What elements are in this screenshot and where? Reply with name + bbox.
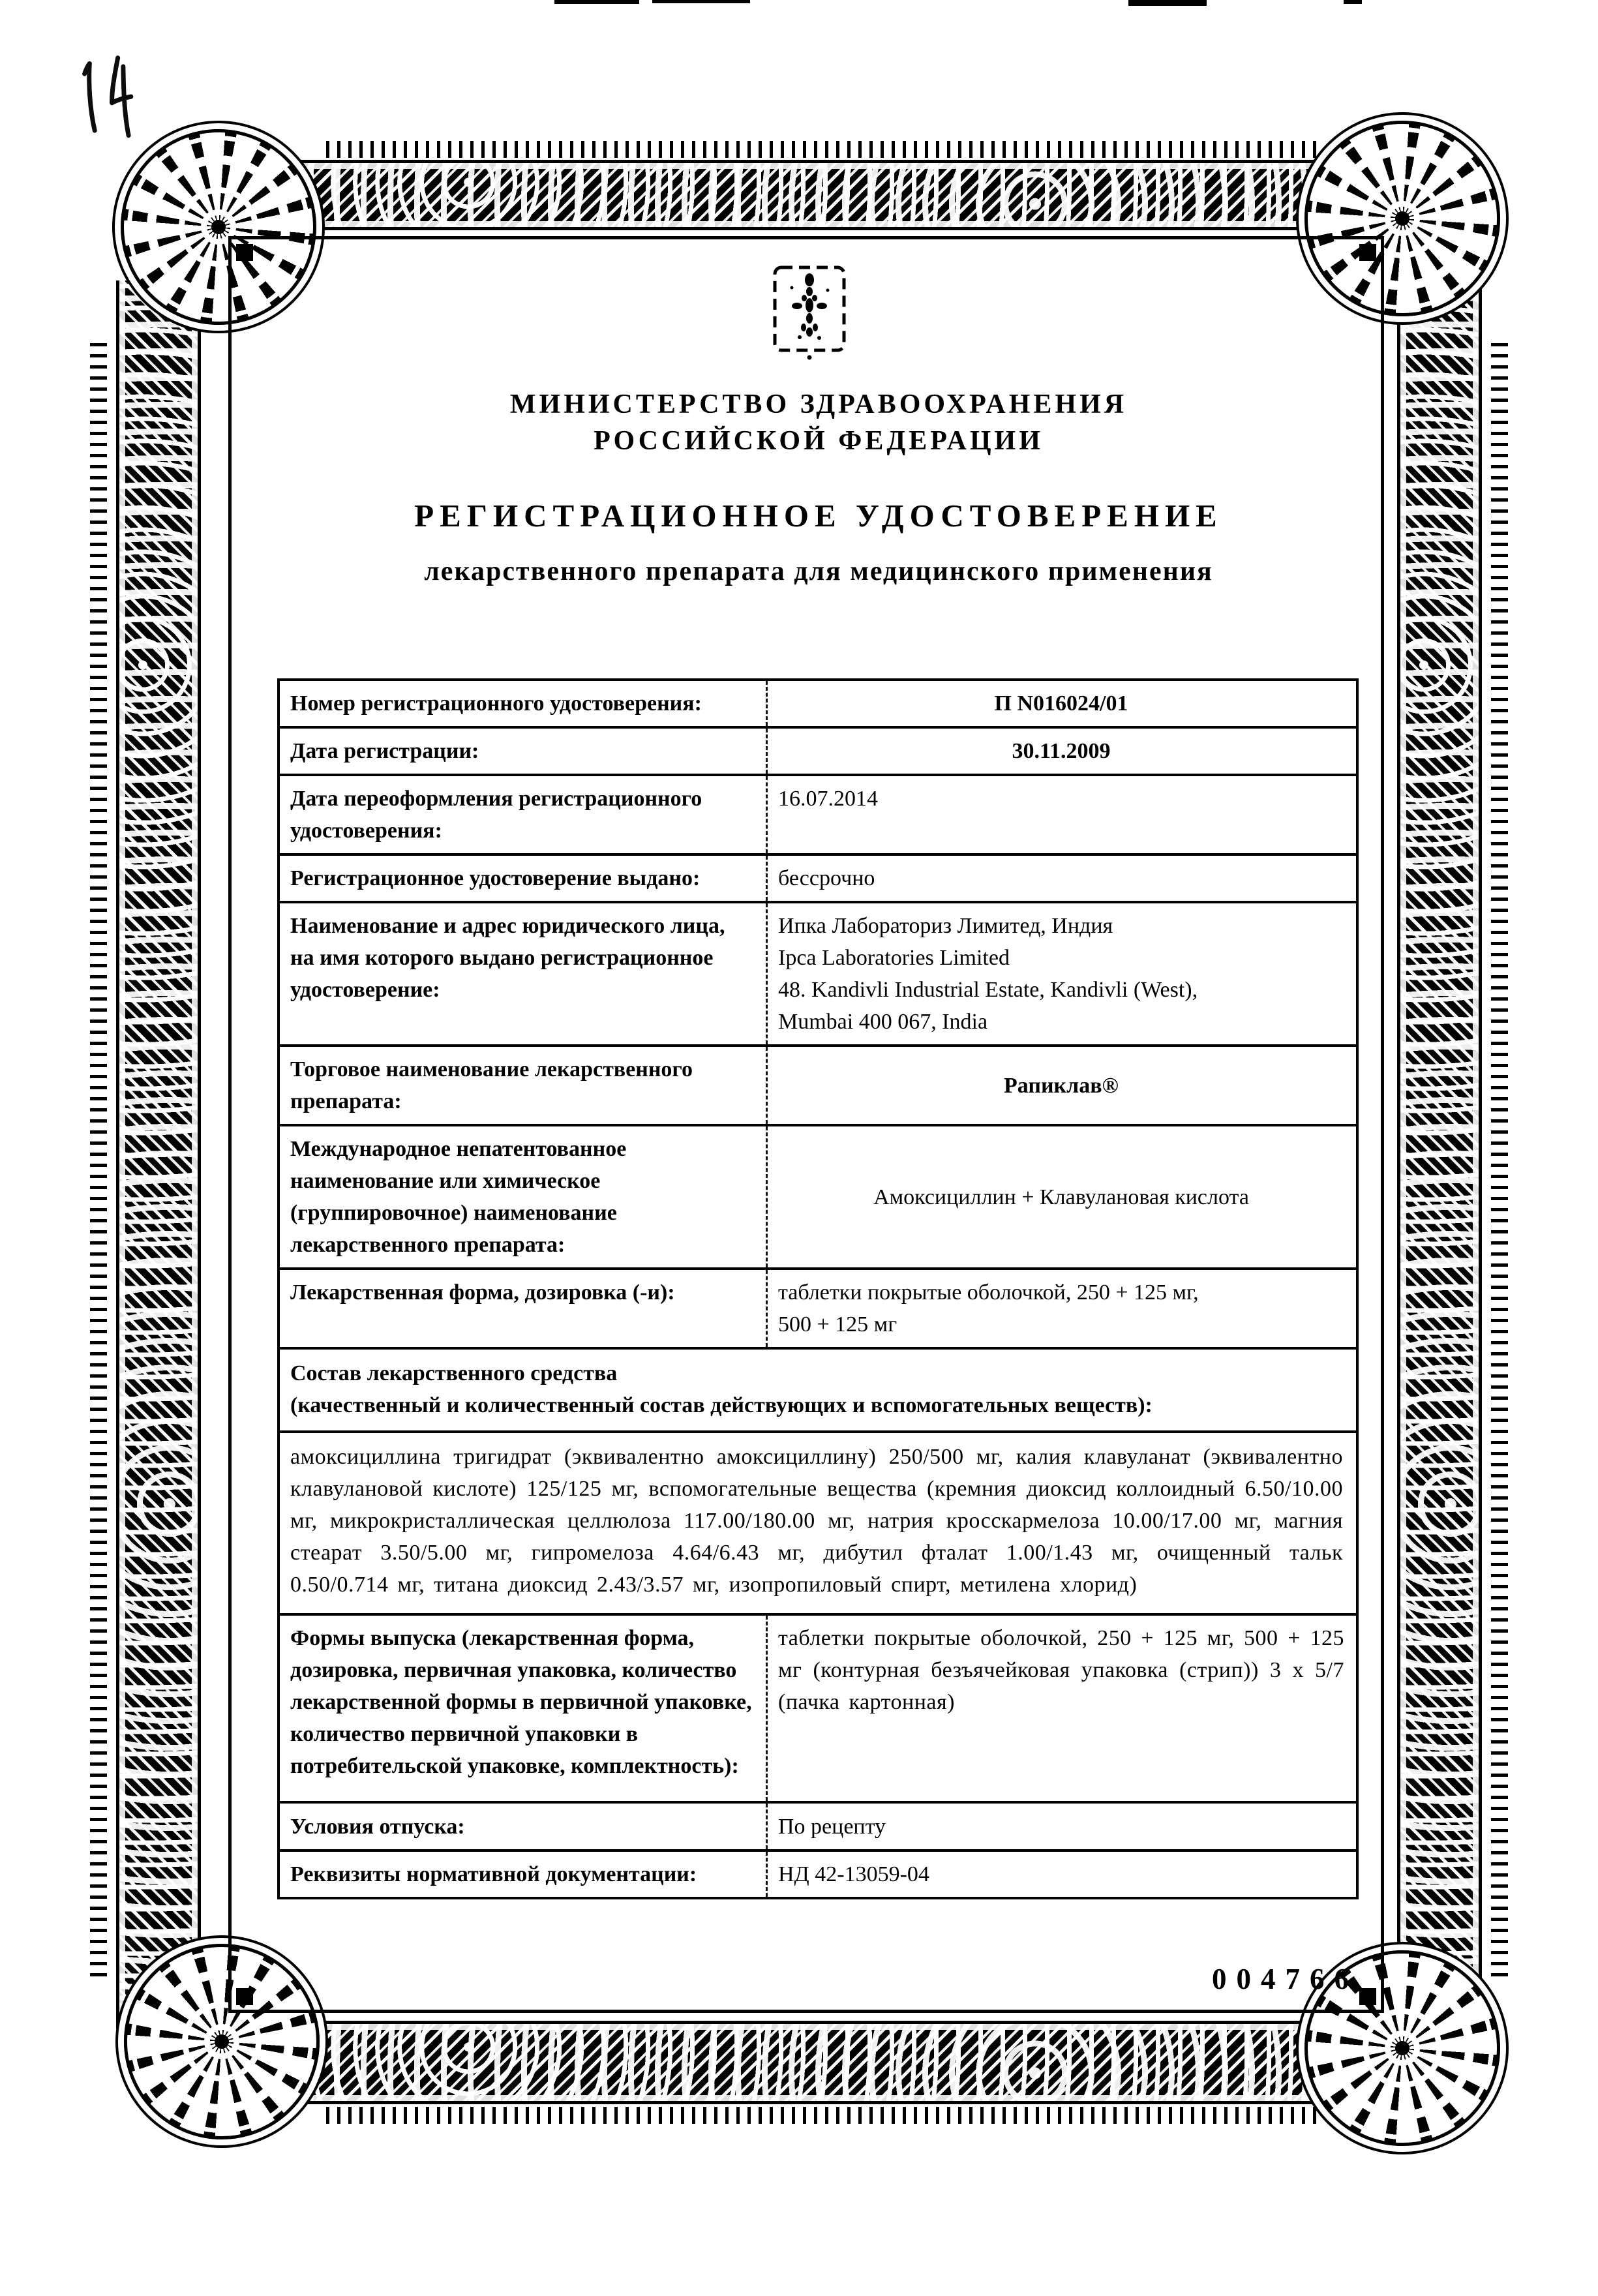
row-value: Рапиклав® <box>768 1047 1356 1124</box>
table-row: Реквизиты нормативной документации: НД 4… <box>280 1849 1356 1897</box>
tick-comb-left <box>90 339 107 1976</box>
ministry-line1: МИНИСТЕРСТВО ЗДРАВООХРАНЕНИЯ <box>277 386 1360 423</box>
row-label: Регистрационное удостоверение выдано: <box>280 856 768 901</box>
row-label: Реквизиты нормативной документации: <box>280 1852 768 1897</box>
certificate-title: РЕГИСТРАЦИОННОЕ УДОСТОВЕРЕНИЕ <box>277 497 1360 534</box>
row-label: Формы выпуска (лекарственная форма, дози… <box>280 1616 768 1801</box>
table-row-section-header: Состав лекарственного средства (качестве… <box>280 1347 1356 1430</box>
row-value: таблетки покрытые оболочкой, 250 + 125 м… <box>768 1616 1356 1801</box>
table-row: Наименование и адрес юридического лица, … <box>280 901 1356 1044</box>
table-row: Международное непатентованное наименован… <box>280 1124 1356 1267</box>
scan-edge-mark <box>652 0 750 3</box>
ornament-band-top <box>209 160 1389 230</box>
table-row: Дата переоформления регистрационного удо… <box>280 774 1356 853</box>
registration-table: Номер регистрационного удостоверения: П … <box>277 678 1359 1899</box>
row-value: П N016024/01 <box>768 681 1356 726</box>
ornament-band-bottom <box>209 2021 1389 2104</box>
row-value: Амоксициллин + Клавулановая кислота <box>768 1126 1356 1267</box>
composition-text: амоксициллина тригидрат (эквивалентно ам… <box>280 1433 1356 1613</box>
row-label: Лекарственная форма, дозировка (-и): <box>280 1270 768 1347</box>
serial-number: 004766 <box>1212 1962 1359 1996</box>
inner-border-step <box>236 1988 253 2005</box>
row-label: Условия отпуска: <box>280 1804 768 1849</box>
table-row: Условия отпуска: По рецепту <box>280 1801 1356 1849</box>
row-value: 16.07.2014 <box>768 776 1356 853</box>
table-row: Формы выпуска (лекарственная форма, дози… <box>280 1613 1356 1801</box>
row-value: 30.11.2009 <box>768 729 1356 774</box>
scan-edge-mark <box>554 0 639 4</box>
table-row: Лекарственная форма, дозировка (-и): таб… <box>280 1267 1356 1347</box>
row-label: Международное непатентованное наименован… <box>280 1126 768 1267</box>
tick-comb-bottom <box>326 2107 1318 2124</box>
certificate-subtitle: лекарственного препарата для медицинског… <box>277 556 1360 587</box>
scanned-certificate-page: МИНИСТЕРСТВО ЗДРАВООХРАНЕНИЯ РОССИЙСКОЙ … <box>0 0 1598 2296</box>
row-value: бессрочно <box>768 856 1356 901</box>
row-label: Торговое наименование лекарственного пре… <box>280 1047 768 1124</box>
table-row: Торговое наименование лекарственного пре… <box>280 1044 1356 1124</box>
tick-comb-top <box>326 141 1318 158</box>
row-label: Дата переоформления регистрационного удо… <box>280 776 768 853</box>
row-label: Наименование и адрес юридического лица, … <box>280 903 768 1044</box>
ornament-band-left <box>116 280 201 2029</box>
row-value: НД 42-13059-04 <box>768 1852 1356 1897</box>
scan-edge-mark <box>1128 0 1207 6</box>
ornament-band-right <box>1397 280 1482 2029</box>
inner-border-step <box>1359 1988 1376 2005</box>
handwritten-page-number <box>67 48 153 149</box>
table-row-composition: амоксициллина тригидрат (эквивалентно ам… <box>280 1430 1356 1613</box>
tick-comb-right <box>1491 339 1508 1976</box>
row-value: таблетки покрытые оболочкой, 250 + 125 м… <box>768 1270 1356 1347</box>
row-value: По рецепту <box>768 1804 1356 1849</box>
ministry-line2: РОССИЙСКОЙ ФЕДЕРАЦИИ <box>277 423 1360 459</box>
row-label: Дата регистрации: <box>280 729 768 774</box>
ministry-name: МИНИСТЕРСТВО ЗДРАВООХРАНЕНИЯ РОССИЙСКОЙ … <box>277 386 1360 459</box>
table-row: Номер регистрационного удостоверения: П … <box>280 681 1356 726</box>
table-row: Дата регистрации: 30.11.2009 <box>280 726 1356 774</box>
handwritten-14-strokes <box>67 48 153 145</box>
row-value: Ипка Лабораториз Лимитед, Индия Ipca Lab… <box>768 903 1356 1044</box>
table-row: Регистрационное удостоверение выдано: бе… <box>280 853 1356 901</box>
inner-border-step <box>1359 244 1376 261</box>
coat-of-arms-icon <box>772 264 849 365</box>
row-label: Номер регистрационного удостоверения: <box>280 681 768 726</box>
scan-edge-mark <box>1344 0 1362 4</box>
section-header: Состав лекарственного средства (качестве… <box>280 1350 1356 1430</box>
inner-border-step <box>236 244 253 261</box>
